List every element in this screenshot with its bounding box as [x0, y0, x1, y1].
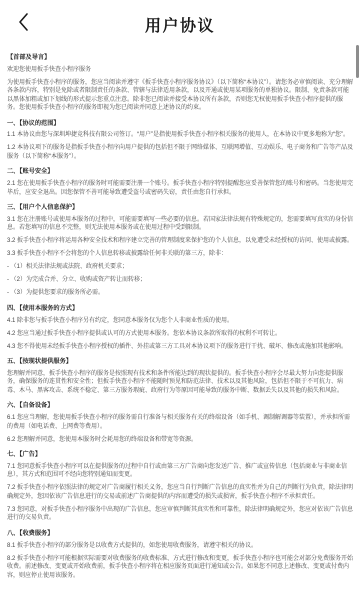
- user-agreement-screen: 用户协议 【首部及导言】 欢迎您使用扳手快查小程序服务 为使用扳手快查小程序的服…: [0, 0, 360, 600]
- agreement-paragraph: 1.2 本协议项下的服务是指扳手快查小程序向用户提供的包括但不限于网络媒体、互联…: [7, 144, 353, 161]
- chevron-left-icon: [17, 12, 29, 37]
- agreement-paragraph: 6.1 您应当理解，您使用扳手快查小程序的服务需自行准备与相关服务有关的终端设备…: [7, 414, 353, 431]
- section-heading: 三、【用户个人信息保护】: [7, 204, 353, 213]
- agreement-paragraph: 7.2 扳手快查小程序依照法律的规定对广告商履行相关义务，您应当自行判断广告信息…: [7, 484, 353, 501]
- back-button[interactable]: [10, 11, 36, 37]
- section-heading: 四、【使用本服务的方式】: [7, 305, 353, 314]
- agreement-paragraph: 4.3 您不得使用未经扳手快查小程序授权的插件、外挂或第三方工具对本协议项下的服…: [7, 343, 353, 352]
- intro-paragraph: 为使用扳手快查小程序的服务，您应当阅读并遵守《扳手快查小程序服务协议》（以下简称…: [7, 79, 353, 113]
- agreement-paragraph: 7.3 您同意，对扳手快查小程序服务中出现的广告信息，您应审慎判断其真实性和可靠…: [7, 506, 353, 523]
- section-heading: 一、【协议的范围】: [7, 120, 353, 129]
- intro-heading: 【首部及导言】: [7, 54, 353, 63]
- section-heading: 七、【广告】: [7, 451, 353, 460]
- agreement-paragraph: - （2）为完成合并、分立、收购或资产转让而转移；: [7, 276, 353, 285]
- agreement-paragraph: 3.2 扳手快查小程序将运用各种安全技术和程序建立完善的管理制度来保护您的个人信…: [7, 237, 353, 246]
- agreement-paragraph: 2.1 您在使用扳手快查小程序的服务时可能需要注册一个账号。扳手快查小程序特别提…: [7, 180, 353, 197]
- agreement-paragraph: 7.1 您同意扳手快查小程序可以在提供服务的过程中自行或由第三方广告商向您发送广…: [7, 463, 353, 480]
- nav-header: 用户协议: [0, 0, 360, 48]
- agreement-paragraph: 4.1 除非您与扳手快查小程序另有约定，您同意本服务仅为您个人非商业性质的使用。: [7, 317, 353, 326]
- welcome-line: 欢迎您使用扳手快查小程序服务: [7, 66, 353, 75]
- agreement-paragraph: 8.1 扳手快查小程序的部分服务是以收费方式提供的，如您使用收费服务，请遵守相关…: [7, 542, 353, 551]
- section-heading: 二、【账号安全】: [7, 168, 353, 177]
- page-title: 用户协议: [145, 13, 215, 36]
- agreement-paragraph: - （3）为提供您要求的服务所必需。: [7, 289, 353, 298]
- section-heading: 五、【按现状提供服务】: [7, 358, 353, 367]
- agreement-paragraph: 4.2 您应当通过扳手快查小程序提供或认可的方式使用本服务。您依本协议条款所取得…: [7, 330, 353, 339]
- agreement-paragraph: 1.1 本协议由您与深圳坤捷竞科技有限公司签订。“用户”是指使用扳手快查小程序相…: [7, 131, 353, 140]
- section-heading: 八、【收费服务】: [7, 530, 353, 539]
- agreement-paragraph: 8.2 扳手快查小程序可能根据实际需要对收费服务的收费标准、方式进行修改和变更，…: [7, 555, 353, 581]
- agreement-paragraph: 3.1 您在注册账号或使用本服务的过程中，可能需要填写一些必要的信息。若国家法律…: [7, 216, 353, 233]
- sections-container: 一、【协议的范围】1.1 本协议由您与深圳坤捷竞科技有限公司签订。“用户”是指使…: [7, 120, 353, 580]
- scrollbar-thumb[interactable]: [356, 45, 359, 78]
- agreement-paragraph: 3.3 扳手快查小程序不会将您的个人信息转移或披露给任何非关联的第三方，除非：: [7, 250, 353, 259]
- agreement-paragraph: - （1）相关法律法规或法院、政府机关要求；: [7, 263, 353, 272]
- agreement-paragraph: 6.2 您理解并同意，您使用本服务时会耗用您的终端设备和带宽等资源。: [7, 436, 353, 445]
- scrollbar-track: [356, 0, 360, 600]
- agreement-paragraph: 您理解并同意，扳手快查小程序的服务是按照现有技术和条件所能达到的现状提供的。扳手…: [7, 370, 353, 396]
- agreement-content: 【首部及导言】 欢迎您使用扳手快查小程序服务 为使用扳手快查小程序的服务，您应当…: [0, 48, 360, 580]
- section-heading: 六、【自备设备】: [7, 402, 353, 411]
